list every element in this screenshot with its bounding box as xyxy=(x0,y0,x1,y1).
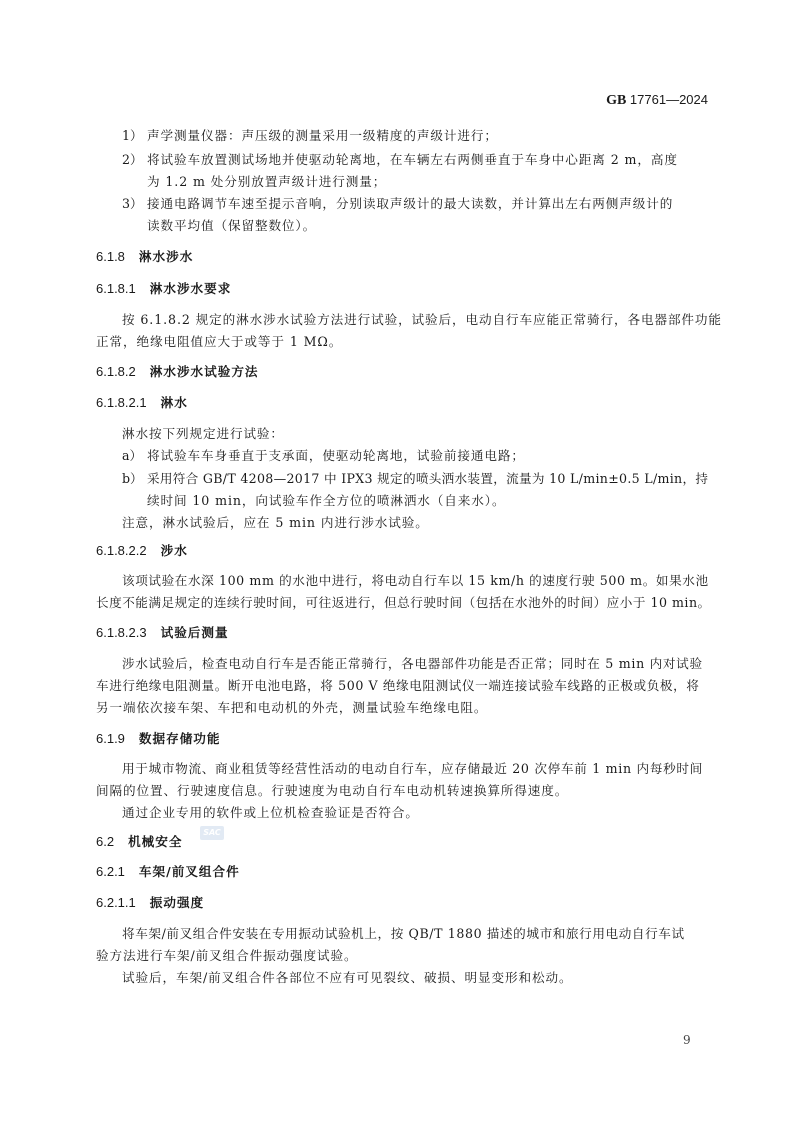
section-heading-6-1-8-2-2: 6.1.8.2.2涉水 xyxy=(96,543,188,559)
list-item-text: 将试验车车身垂直于支承面，使驱动轮离地，试验前接通电路； xyxy=(147,448,525,464)
list-item-number: 2） xyxy=(122,152,143,168)
section-title: 试验后测量 xyxy=(161,625,229,640)
sac-watermark-logo: SAC xyxy=(200,826,224,840)
section-title: 车架/前叉组合件 xyxy=(139,864,240,879)
section-title: 涉水 xyxy=(161,543,188,558)
section-number: 6.1.9 xyxy=(96,731,125,746)
section-number: 6.1.8.2.2 xyxy=(96,543,147,558)
section-heading-6-2-1-1: 6.2.1.1振动强度 xyxy=(96,895,204,911)
page-header: GB 17761—2024 xyxy=(606,92,708,109)
paragraph-line: 验方法进行车架/前叉组合件振动强度试验。 xyxy=(96,948,358,964)
note-text: 注意，淋水试验后，应在 5 min 内进行涉水试验。 xyxy=(122,515,429,531)
page-number: 9 xyxy=(683,1033,691,1047)
section-title: 淋水 xyxy=(161,395,188,410)
list-item-text: 读数平均值（保留整数位）。 xyxy=(147,218,316,234)
paragraph-line: 通过企业专用的软件或上位机检查验证是否符合。 xyxy=(122,805,419,821)
section-title: 数据存储功能 xyxy=(139,731,221,746)
section-number: 6.2.1.1 xyxy=(96,895,136,910)
section-number: 6.1.8 xyxy=(96,249,125,264)
list-item-text: 将试验车放置测试场地并使驱动轮离地，在车辆左右两侧垂直于车身中心距离 2 m，高… xyxy=(147,152,678,168)
section-title: 振动强度 xyxy=(150,895,204,910)
section-number: 6.1.8.2.1 xyxy=(96,395,147,410)
section-number: 6.2.1 xyxy=(96,864,125,879)
section-heading-6-1-8-1: 6.1.8.1淋水涉水要求 xyxy=(96,281,231,297)
section-number: 6.1.8.2.3 xyxy=(96,625,147,640)
paragraph-line: 长度不能满足规定的连续行驶时间，可往返进行，但总行驶时间（包括在水池外的时间）应… xyxy=(96,595,711,611)
standard-number: 17761—2024 xyxy=(630,92,708,107)
section-heading-6-1-8-2-3: 6.1.8.2.3试验后测量 xyxy=(96,625,229,641)
paragraph-line: 车进行绝缘电阻测量。断开电池电路，将 500 V 绝缘电阻测试仪一端连接试验车线… xyxy=(96,678,699,694)
list-item-number: 1） xyxy=(122,128,143,144)
paragraph-line: 正常，绝缘电阻值应大于或等于 1 MΩ。 xyxy=(96,334,342,350)
list-item-letter: b） xyxy=(122,471,143,487)
paragraph-line: 间隔的位置、行驶速度信息。行驶速度为电动自行车电动机转速换算所得速度。 xyxy=(96,783,568,799)
standard-prefix: GB xyxy=(606,93,626,108)
section-title: 淋水涉水 xyxy=(139,249,193,264)
paragraph-line: 该项试验在水深 100 mm 的水池中进行，将电动自行车以 15 km/h 的速… xyxy=(122,573,709,589)
list-item-text: 为 1.2 m 处分别放置声级计进行测量； xyxy=(147,174,386,190)
section-title: 机械安全 xyxy=(128,834,182,849)
list-item-letter: a） xyxy=(122,448,142,464)
paragraph-line: 试验后，车架/前叉组合件各部位不应有可见裂纹、破损、明显变形和松动。 xyxy=(122,970,572,986)
section-heading-6-2-1: 6.2.1车架/前叉组合件 xyxy=(96,864,240,880)
list-item-text: 续时间 10 min，向试验车作全方位的喷淋洒水（自来水）。 xyxy=(147,493,505,509)
paragraph-line: 淋水按下列规定进行试验： xyxy=(122,426,284,442)
list-item-text: 声学测量仪器：声压级的测量采用一级精度的声级计进行； xyxy=(147,128,498,144)
section-heading-6-1-8-2: 6.1.8.2淋水涉水试验方法 xyxy=(96,364,259,380)
section-heading-6-1-8-2-1: 6.1.8.2.1淋水 xyxy=(96,395,188,411)
paragraph-line: 将车架/前叉组合件安装在专用振动试验机上，按 QB/T 1880 描述的城市和旅… xyxy=(122,926,685,942)
section-title: 淋水涉水要求 xyxy=(150,281,232,296)
section-heading-6-1-8: 6.1.8淋水涉水 xyxy=(96,249,193,265)
section-number: 6.2 xyxy=(96,834,114,849)
paragraph-line: 另一端依次接车架、车把和电动机的外壳，测量试验车绝缘电阻。 xyxy=(96,700,487,716)
list-item-number: 3） xyxy=(122,196,143,212)
section-heading-6-2: 6.2机械安全 xyxy=(96,834,182,850)
paragraph-line: 按 6.1.8.2 规定的淋水涉水试验方法进行试验，试验后，电动自行车应能正常骑… xyxy=(122,312,722,328)
list-item-text: 接通电路调节车速至提示音响，分别读取声级计的最大读数，并计算出左右两侧声级计的 xyxy=(147,196,673,212)
section-heading-6-1-9: 6.1.9数据存储功能 xyxy=(96,731,220,747)
paragraph-line: 用于城市物流、商业租赁等经营性活动的电动自行车，应存储最近 20 次停车前 1 … xyxy=(122,761,703,777)
paragraph-line: 涉水试验后，检查电动自行车是否能正常骑行，各电器部件功能是否正常；同时在 5 m… xyxy=(122,656,703,672)
section-title: 淋水涉水试验方法 xyxy=(150,364,259,379)
list-item-text: 采用符合 GB/T 4208—2017 中 IPX3 规定的喷头洒水装置，流量为… xyxy=(147,471,708,487)
section-number: 6.1.8.2 xyxy=(96,364,136,379)
section-number: 6.1.8.1 xyxy=(96,281,136,296)
